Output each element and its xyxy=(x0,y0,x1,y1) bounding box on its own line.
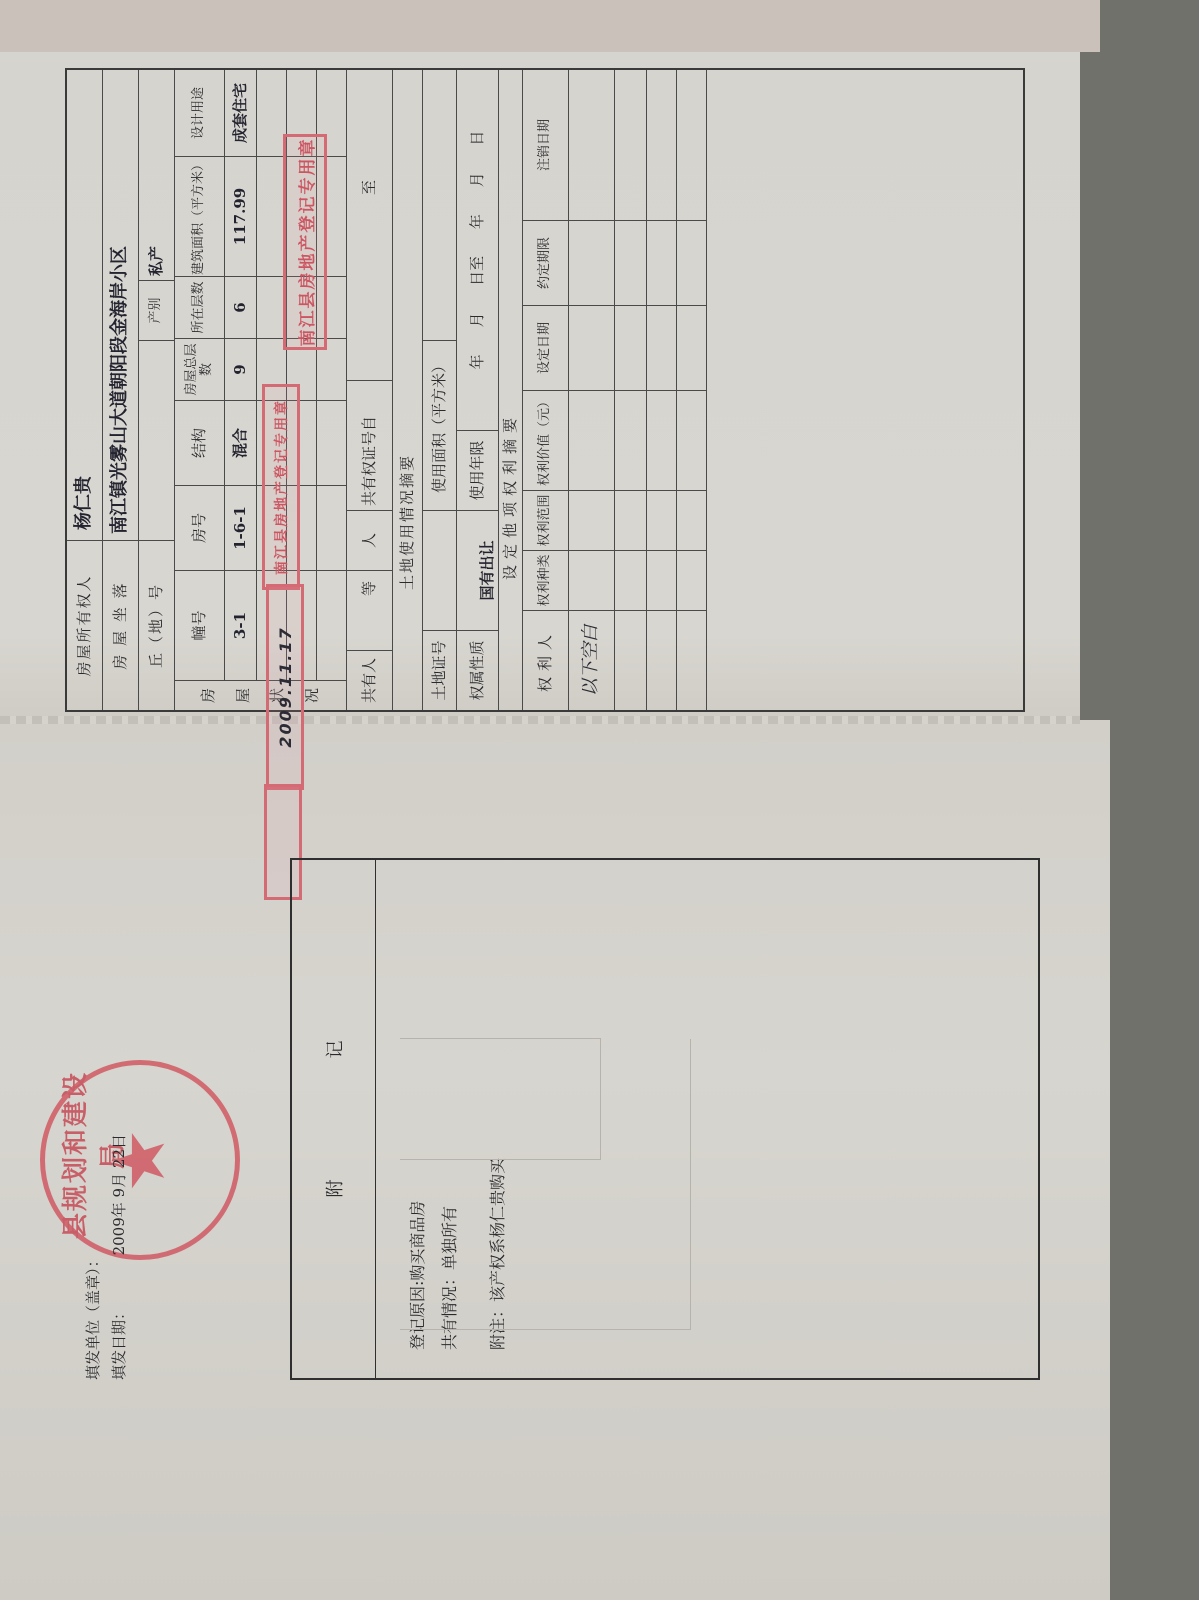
land-nature-value: 国有出让 xyxy=(457,510,498,630)
other-rights-row xyxy=(677,70,707,710)
land-area-label: 使用面积（平方米） xyxy=(423,340,456,510)
other-rights-title: 设定他项权利摘要 xyxy=(499,70,522,710)
co-owner-deng: 等 xyxy=(347,570,392,650)
other-rights-header: 权利人 权利种类 权利范围 权利价值（元） 设定日期 约定期限 注销日期 xyxy=(523,70,569,710)
handwritten-crossfold-date: 2009.11.17 xyxy=(266,584,304,790)
co-owner-row: 共有人 等 人 共有权证号自 至 xyxy=(347,70,393,710)
land-term-value: 年 月 日至 年 月 日 xyxy=(457,70,498,430)
col-area: 建筑面积（平方米） xyxy=(175,156,224,276)
official-round-seal: 县规划和建设局 ★ xyxy=(40,1060,240,1260)
parcel-label: 丘（地）号 xyxy=(139,540,174,710)
floor-plan-faint-lower xyxy=(400,1039,691,1330)
land-use-title-row: 土地使用情况摘要 xyxy=(393,70,423,710)
annotation-header-fu: 附 xyxy=(321,1180,347,1198)
issue-day: 22 xyxy=(110,1149,128,1168)
owner-value: 杨仁贵 xyxy=(67,70,102,540)
land-nature-row: 权属性质 国有出让 使用年限 年 月 日至 年 月 日 xyxy=(457,70,499,710)
col-room-no: 房号 xyxy=(175,485,224,570)
co-owner-to: 至 xyxy=(347,70,392,380)
co-owner-label: 共有人 xyxy=(347,650,392,710)
issuer-label: 填发单位（盖章）： xyxy=(80,1252,106,1380)
land-cert-row: 土地证号 使用面积（平方米） xyxy=(423,70,457,710)
parcel-value xyxy=(139,340,174,540)
location-value: 南江镇光雾山大道朝阳段金海岸小区 xyxy=(103,70,138,540)
col-usage: 设计用途 xyxy=(175,70,224,156)
location-row: 房 屋 坐 落 南江镇光雾山大道朝阳段金海岸小区 xyxy=(103,70,139,710)
registration-seal-rect: 南江县房地产登记专用章 xyxy=(283,134,327,350)
parcel-row: 丘（地）号 产别 私产 xyxy=(139,70,175,710)
house-status-label: 房 屋 状 况 xyxy=(175,680,346,710)
page-fold-stitching xyxy=(0,716,1080,724)
crossfold-seal-upper: 南江县房地产登记专用章 xyxy=(262,384,300,590)
annotation-header: 附 记 xyxy=(292,860,376,1378)
property-type-value: 私产 xyxy=(139,70,174,280)
land-area-value xyxy=(423,70,456,340)
col-building-no: 幢号 xyxy=(175,570,224,680)
issue-year: 2009 xyxy=(110,1217,128,1255)
land-cert-label: 土地证号 xyxy=(423,630,456,710)
ownership-table: 房屋所有权人 杨仁贵 房 屋 坐 落 南江镇光雾山大道朝阳段金海岸小区 丘（地）… xyxy=(65,68,1025,712)
other-rights-row xyxy=(615,70,647,710)
house-status-row: 3-1 1-6-1 混合 9 6 117.99 成套住宅 xyxy=(225,70,257,680)
annotation-header-ji: 记 xyxy=(321,1041,347,1059)
col-floor: 所在层数 xyxy=(175,276,224,338)
location-label: 房 屋 坐 落 xyxy=(103,540,138,710)
land-term-label: 使用年限 xyxy=(457,430,498,510)
co-owner-ren: 人 xyxy=(347,510,392,570)
co-owner-cert-label: 共有权证号自 xyxy=(347,380,392,510)
house-status-block: 房 屋 状 况 幢号 房号 结构 房屋总层数 所在层数 建筑面积（平方米） 设计… xyxy=(175,70,347,710)
owner-row: 房屋所有权人 杨仁贵 xyxy=(67,70,103,710)
other-rights-title-row: 设定他项权利摘要 xyxy=(499,70,523,710)
other-rights-row xyxy=(647,70,677,710)
handwritten-blank-note: 以下空白 xyxy=(569,610,614,710)
issue-month: 9 xyxy=(110,1188,128,1198)
rotated-photo-canvas: 房屋所有权人 杨仁贵 房 屋 坐 落 南江镇光雾山大道朝阳段金海岸小区 丘（地）… xyxy=(0,0,1199,1600)
owner-label: 房屋所有权人 xyxy=(67,540,102,710)
house-status-header: 幢号 房号 结构 房屋总层数 所在层数 建筑面积（平方米） 设计用途 xyxy=(175,70,225,680)
issue-date-line: 填发日期： 2009年 9月 22日 xyxy=(106,1134,132,1380)
land-cert-value xyxy=(423,510,456,630)
issuer-area: 县规划和建设局 ★ 填发单位（盖章）： 填发日期： 2009年 9月 22日 xyxy=(0,860,290,1380)
other-rights-row: 以下空白 xyxy=(569,70,615,710)
col-structure: 结构 xyxy=(175,400,224,485)
land-use-title: 土地使用情况摘要 xyxy=(393,70,422,710)
other-rights-row xyxy=(707,70,1023,710)
col-total-floors: 房屋总层数 xyxy=(175,338,224,400)
land-nature-label: 权属性质 xyxy=(457,630,498,710)
page-edge xyxy=(0,0,1100,52)
property-type-label: 产别 xyxy=(139,280,174,340)
